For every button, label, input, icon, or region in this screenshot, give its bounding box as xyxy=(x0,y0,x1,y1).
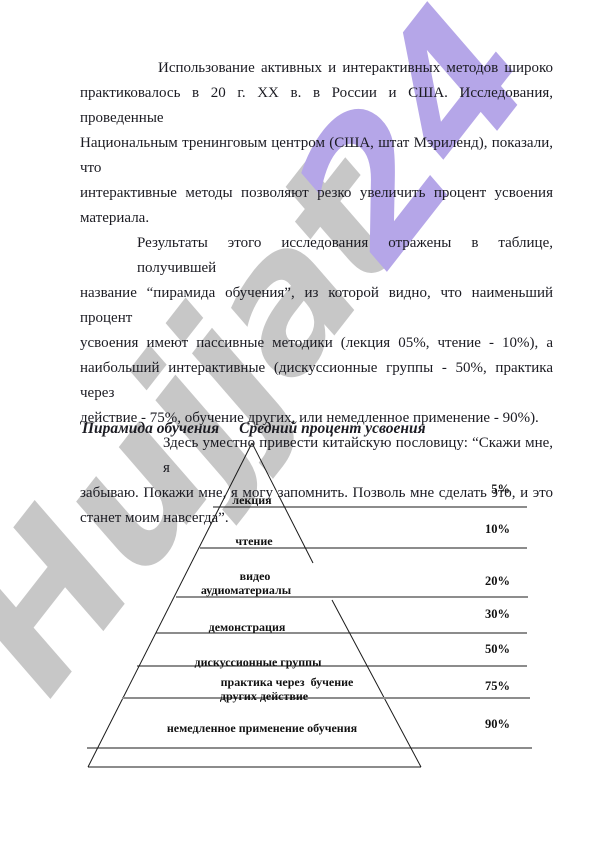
page-content: Использование активных и интерактивных м… xyxy=(0,0,596,842)
level-label-practice-1: практика через бучение xyxy=(221,675,354,689)
level-label-discussion: дискуссионные группы xyxy=(195,655,322,669)
percent-20: 20% xyxy=(440,574,510,588)
percent-90: 90% xyxy=(440,717,510,731)
level-label-immediate-use: немедленное применение обучения xyxy=(167,721,357,735)
percent-50: 50% xyxy=(440,642,510,656)
level-label-demonstration: демонстрация xyxy=(209,620,286,634)
percent-10: 10% xyxy=(440,522,510,536)
level-label-video: видео xyxy=(240,569,271,583)
document-page: Hujjat 24 Использование активных и интер… xyxy=(0,0,596,842)
level-label-reading: чтение xyxy=(235,534,272,548)
level-label-audio: аудиоматериалы xyxy=(201,583,291,597)
level-label-lecture: лекция xyxy=(232,493,271,507)
percent-30: 30% xyxy=(440,607,510,621)
percent-75: 75% xyxy=(440,679,510,693)
level-label-practice-2: других действие xyxy=(220,689,308,703)
pyramid-diagram xyxy=(0,0,596,842)
pyramid-left-side xyxy=(88,443,252,767)
percent-5: 5% xyxy=(440,482,510,496)
